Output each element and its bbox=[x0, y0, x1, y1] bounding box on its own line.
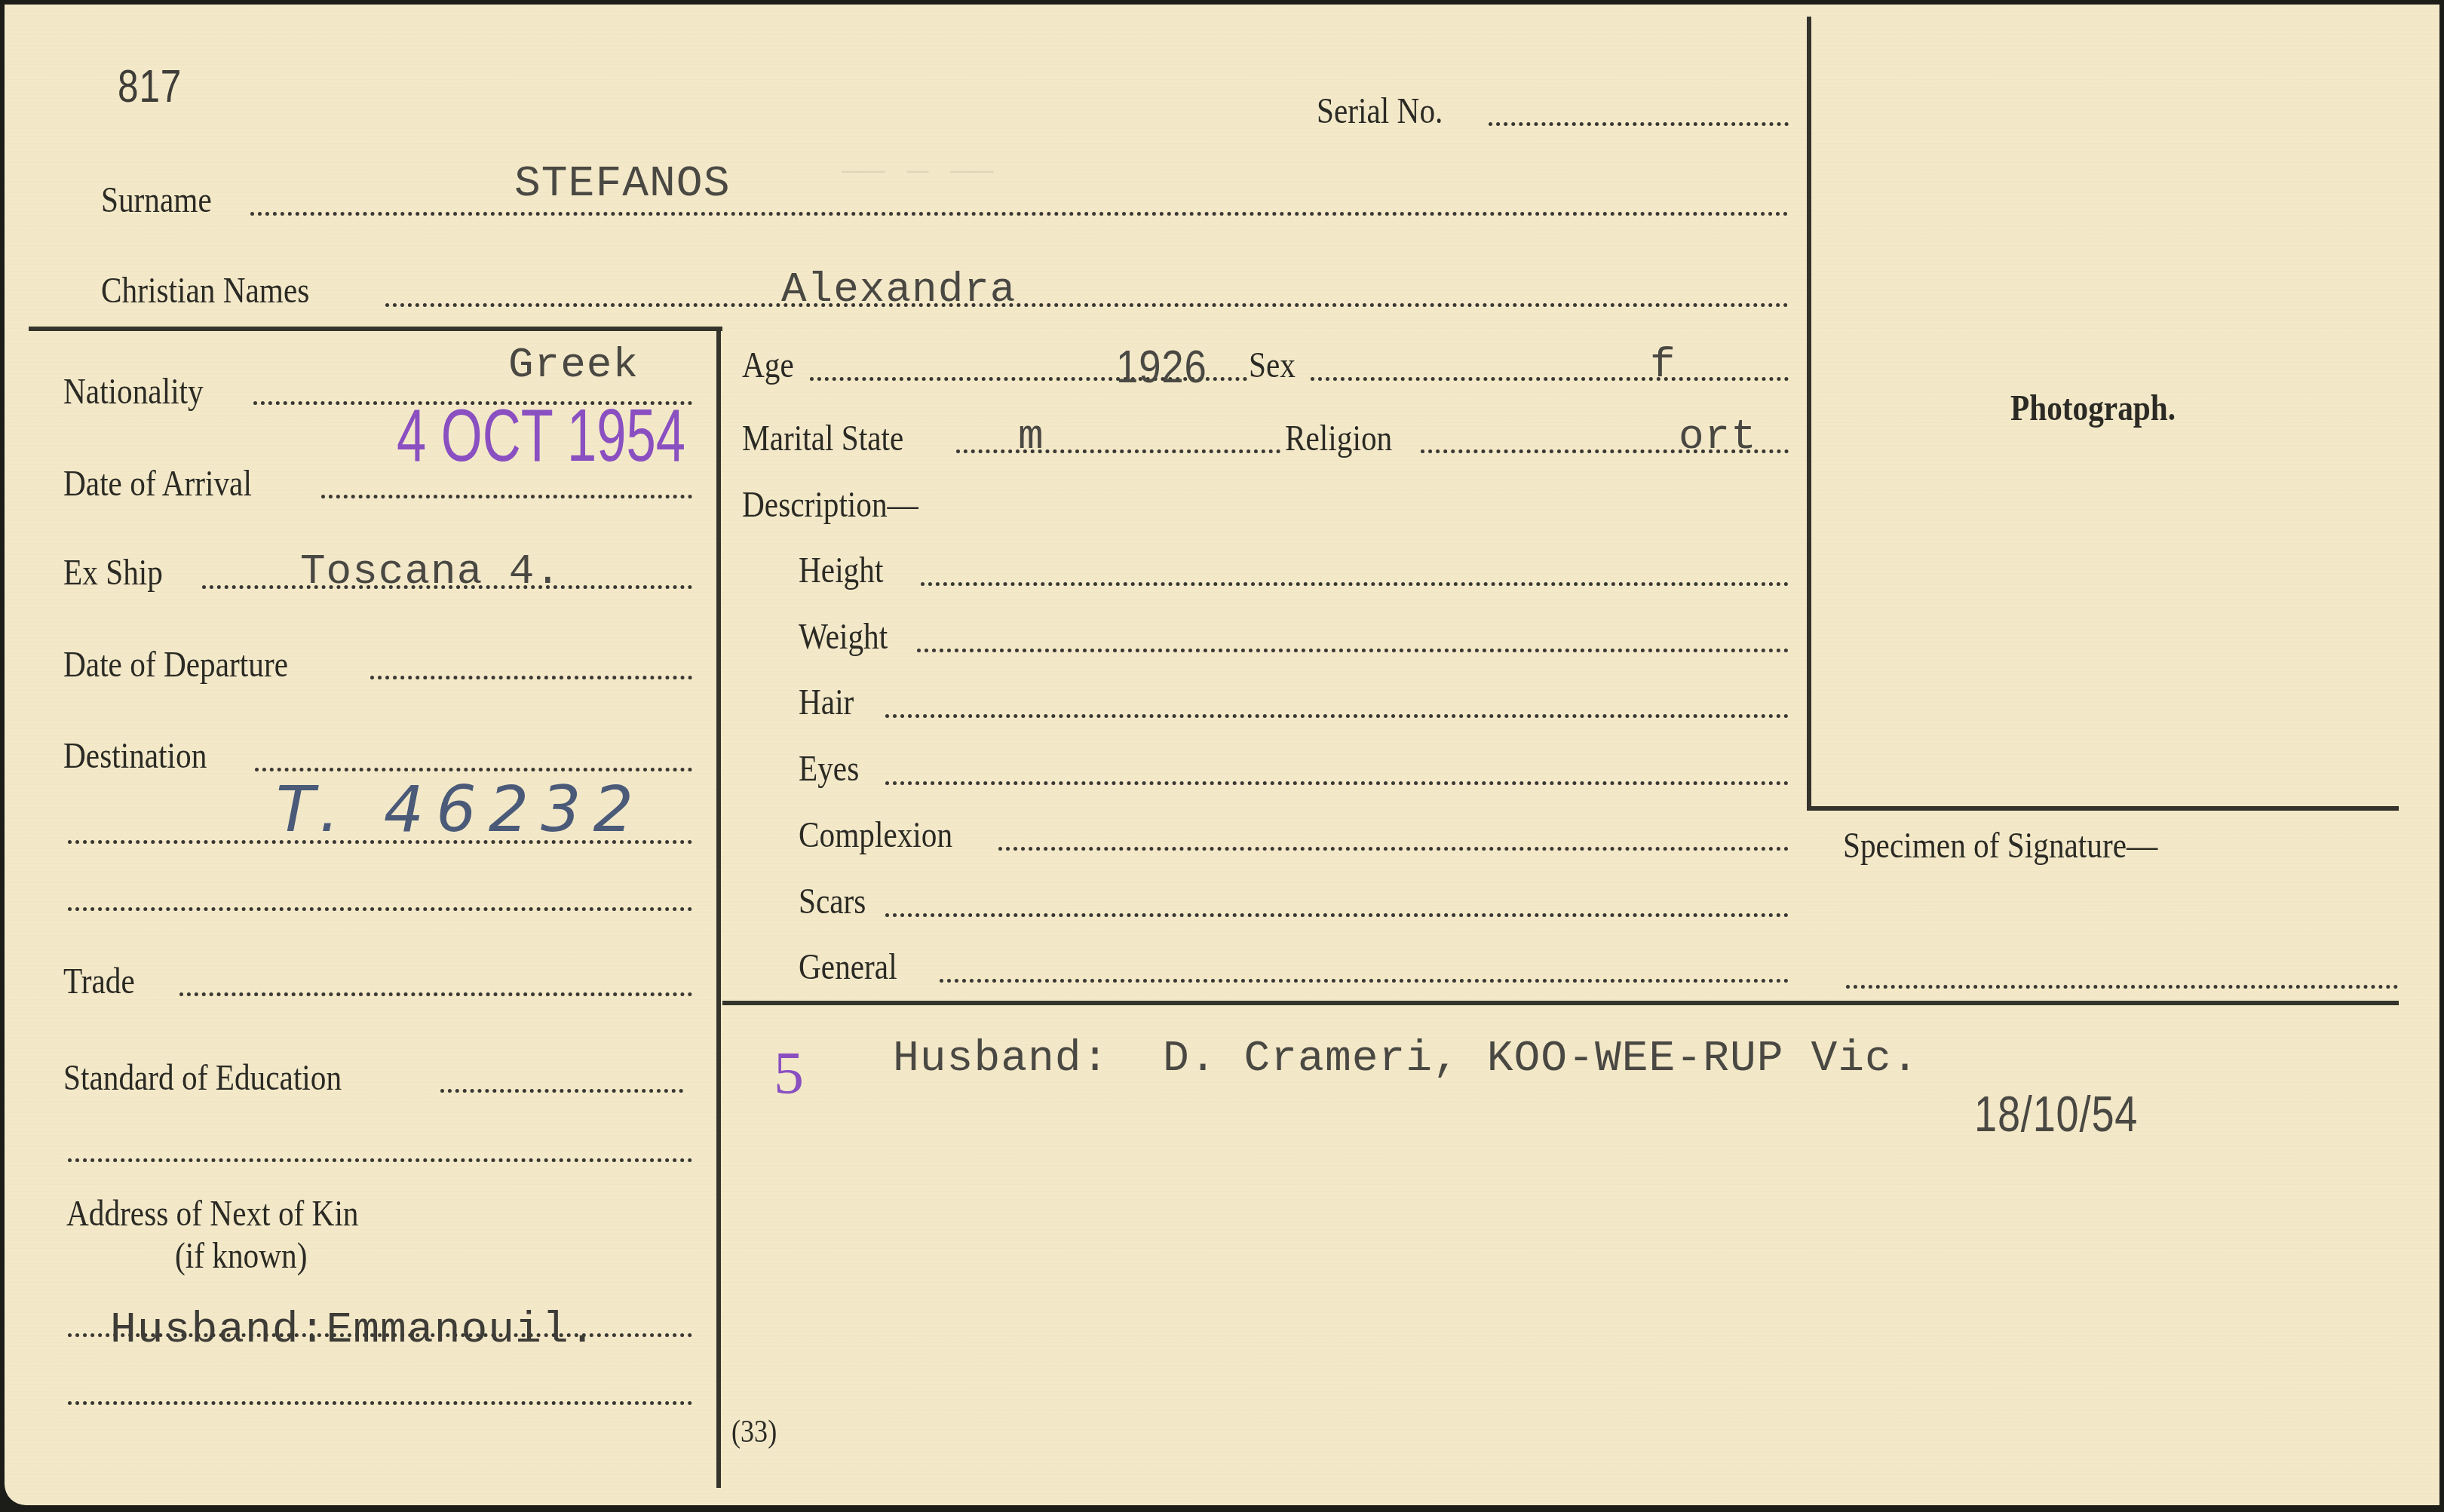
scars-label: Scars bbox=[799, 884, 866, 920]
destination-field[interactable] bbox=[255, 768, 692, 771]
record-number: 817 bbox=[118, 63, 182, 110]
religion-label: Religion bbox=[1285, 421, 1392, 457]
destination-field-line-2[interactable] bbox=[68, 840, 692, 844]
standard-of-education-label: Standard of Education bbox=[63, 1060, 342, 1096]
height-label: Height bbox=[799, 553, 883, 589]
signature-field[interactable] bbox=[1846, 985, 2398, 989]
next-of-kin-label: Address of Next of Kin bbox=[66, 1196, 359, 1232]
note-text: Husband: D. Crameri, KOO-WEE-RUP Vic. bbox=[893, 1038, 1919, 1081]
description-label: Description— bbox=[742, 487, 918, 523]
age-value: 1926 bbox=[1116, 344, 1207, 391]
christian-names-label: Christian Names bbox=[101, 273, 309, 309]
eyes-field[interactable] bbox=[885, 781, 1789, 785]
nationality-value: Greek bbox=[508, 344, 639, 386]
date-of-departure-field[interactable] bbox=[370, 676, 692, 679]
hair-label: Hair bbox=[799, 685, 854, 721]
trade-field[interactable] bbox=[179, 992, 692, 996]
immigration-record-card: 817 Serial No. Surname STEFANOS ‾‾ ‾ ‾‾ … bbox=[5, 5, 2439, 1505]
date-of-arrival-label: Date of Arrival bbox=[63, 466, 252, 502]
marital-state-value: m bbox=[1018, 416, 1044, 458]
photo-box-left-border bbox=[1807, 17, 1811, 810]
standard-of-education-field-line-2[interactable] bbox=[68, 1158, 692, 1162]
next-of-kin-sublabel: (if known) bbox=[175, 1238, 307, 1274]
general-field[interactable] bbox=[940, 979, 1789, 983]
destination-field-line-3[interactable] bbox=[68, 907, 692, 911]
ex-ship-value: Toscana 4. bbox=[300, 551, 561, 593]
marital-state-field[interactable] bbox=[956, 449, 1280, 453]
faint-bleedthrough-mark: ‾‾ ‾ ‾‾ bbox=[842, 169, 994, 210]
standard-of-education-field[interactable] bbox=[440, 1089, 683, 1093]
destination-label: Destination bbox=[63, 738, 207, 774]
date-of-arrival-field[interactable] bbox=[321, 495, 692, 498]
left-section-top-rule bbox=[29, 327, 722, 331]
photograph-area[interactable] bbox=[1814, 20, 2395, 804]
height-field[interactable] bbox=[921, 582, 1789, 586]
eyes-label: Eyes bbox=[799, 751, 859, 787]
surname-field[interactable] bbox=[250, 212, 1789, 216]
complexion-field[interactable] bbox=[998, 847, 1789, 851]
next-of-kin-value: Husband:Emmanouil. bbox=[110, 1309, 596, 1353]
sex-label: Sex bbox=[1249, 348, 1296, 384]
general-label: General bbox=[799, 949, 897, 986]
note-date: 18/10/54 bbox=[1974, 1089, 2138, 1139]
marital-state-label: Marital State bbox=[742, 421, 903, 457]
complexion-label: Complexion bbox=[799, 817, 952, 854]
weight-field[interactable] bbox=[917, 649, 1789, 652]
destination-handwritten-code: T. 46232 bbox=[276, 777, 645, 841]
serial-no-label: Serial No. bbox=[1317, 94, 1443, 130]
scars-field[interactable] bbox=[885, 913, 1789, 917]
serial-no-field[interactable] bbox=[1489, 122, 1789, 126]
nationality-label: Nationality bbox=[63, 374, 204, 410]
ex-ship-label: Ex Ship bbox=[63, 555, 163, 591]
religion-value: ort bbox=[1679, 416, 1757, 458]
sex-field[interactable] bbox=[1311, 377, 1789, 381]
hair-field[interactable] bbox=[885, 714, 1789, 718]
note-number: 5 bbox=[774, 1044, 804, 1104]
surname-label: Surname bbox=[101, 182, 212, 219]
christian-names-field[interactable] bbox=[385, 303, 1789, 307]
description-bottom-rule bbox=[722, 1001, 2399, 1005]
surname-value: STEFANOS bbox=[514, 163, 730, 207]
next-of-kin-field-line-2[interactable] bbox=[68, 1401, 692, 1405]
left-column-divider bbox=[716, 327, 721, 1488]
christian-names-value: Alexandra bbox=[781, 268, 1016, 311]
form-code: (33) bbox=[731, 1416, 777, 1448]
photo-box-bottom-border bbox=[1807, 806, 2399, 811]
trade-label: Trade bbox=[63, 964, 135, 1000]
arrival-date-stamp: 4 OCT 1954 bbox=[397, 398, 685, 472]
weight-label: Weight bbox=[799, 619, 888, 655]
date-of-departure-label: Date of Departure bbox=[63, 647, 288, 683]
age-label: Age bbox=[742, 348, 794, 384]
signature-label: Specimen of Signature— bbox=[1843, 828, 2157, 864]
sex-value: f bbox=[1650, 344, 1676, 386]
